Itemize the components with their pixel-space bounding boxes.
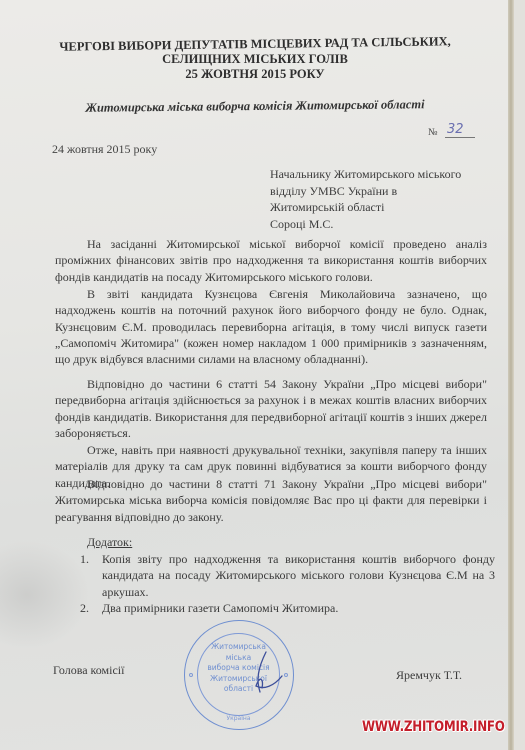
addressee-line: Начальнику Житомирського міського <box>270 166 461 183</box>
header-line-2: СЕЛИЩНИХ МІСЬКИХ ГОЛІВ <box>40 52 470 67</box>
attachment-item: 1. Копія звіту про надходження та викори… <box>80 551 495 600</box>
attachment-item: 2. Два примірники газети Самопоміч Житом… <box>80 600 495 616</box>
attachment-text: Два примірники газети Самопоміч Житомира… <box>102 600 495 616</box>
paper-shadow <box>0 540 90 650</box>
addressee-block: Начальнику Житомирського міського відділ… <box>270 166 461 232</box>
document-number-label: № <box>428 127 438 138</box>
body-paragraph-1: На засіданні Житомирської міської виборч… <box>55 236 487 285</box>
background-right <box>514 0 525 750</box>
paragraph-text: Відповідно до частини 6 статті 54 Закону… <box>55 376 487 441</box>
site-watermark: WWW.ZHITOMIR.INFO <box>362 719 505 735</box>
attachment-number: 1. <box>80 551 102 600</box>
body-paragraph-5: Відповідно до частини 8 статті 71 Закону… <box>55 476 487 525</box>
attachment-number: 2. <box>80 600 102 616</box>
addressee-line: відділу УМВС України в <box>270 183 461 200</box>
header-line-3: 25 ЖОВТНЯ 2015 РОКУ <box>40 67 470 82</box>
paragraph-text: Відповідно до частини 8 статті 71 Закону… <box>55 476 487 525</box>
attachments-title: Додаток: <box>87 535 132 550</box>
paragraph-text: В звіті кандидата Кузнєцова Євгенія Мико… <box>55 286 487 367</box>
document-date: 24 жовтня 2015 року <box>52 142 157 157</box>
body-paragraph-3: Відповідно до частини 6 статті 54 Закону… <box>55 376 487 441</box>
document-number-value: 32 <box>445 122 475 138</box>
addressee-line: Житомирській області <box>270 199 461 216</box>
attachment-text: Копія звіту про надходження та використа… <box>102 551 495 600</box>
signature-role: Голова комісії <box>53 663 124 678</box>
signature-name: Яремчук Т.Т. <box>396 668 462 683</box>
attachments-list: 1. Копія звіту про надходження та викори… <box>80 551 495 616</box>
body-paragraph-2: В звіті кандидата Кузнєцова Євгенія Мико… <box>55 286 487 367</box>
paragraph-text: На засіданні Житомирської міської виборч… <box>55 236 487 285</box>
addressee-line: Сороці М.С. <box>270 216 461 233</box>
handwritten-signature-icon <box>230 640 290 700</box>
stamp-country: Україна <box>185 715 292 722</box>
